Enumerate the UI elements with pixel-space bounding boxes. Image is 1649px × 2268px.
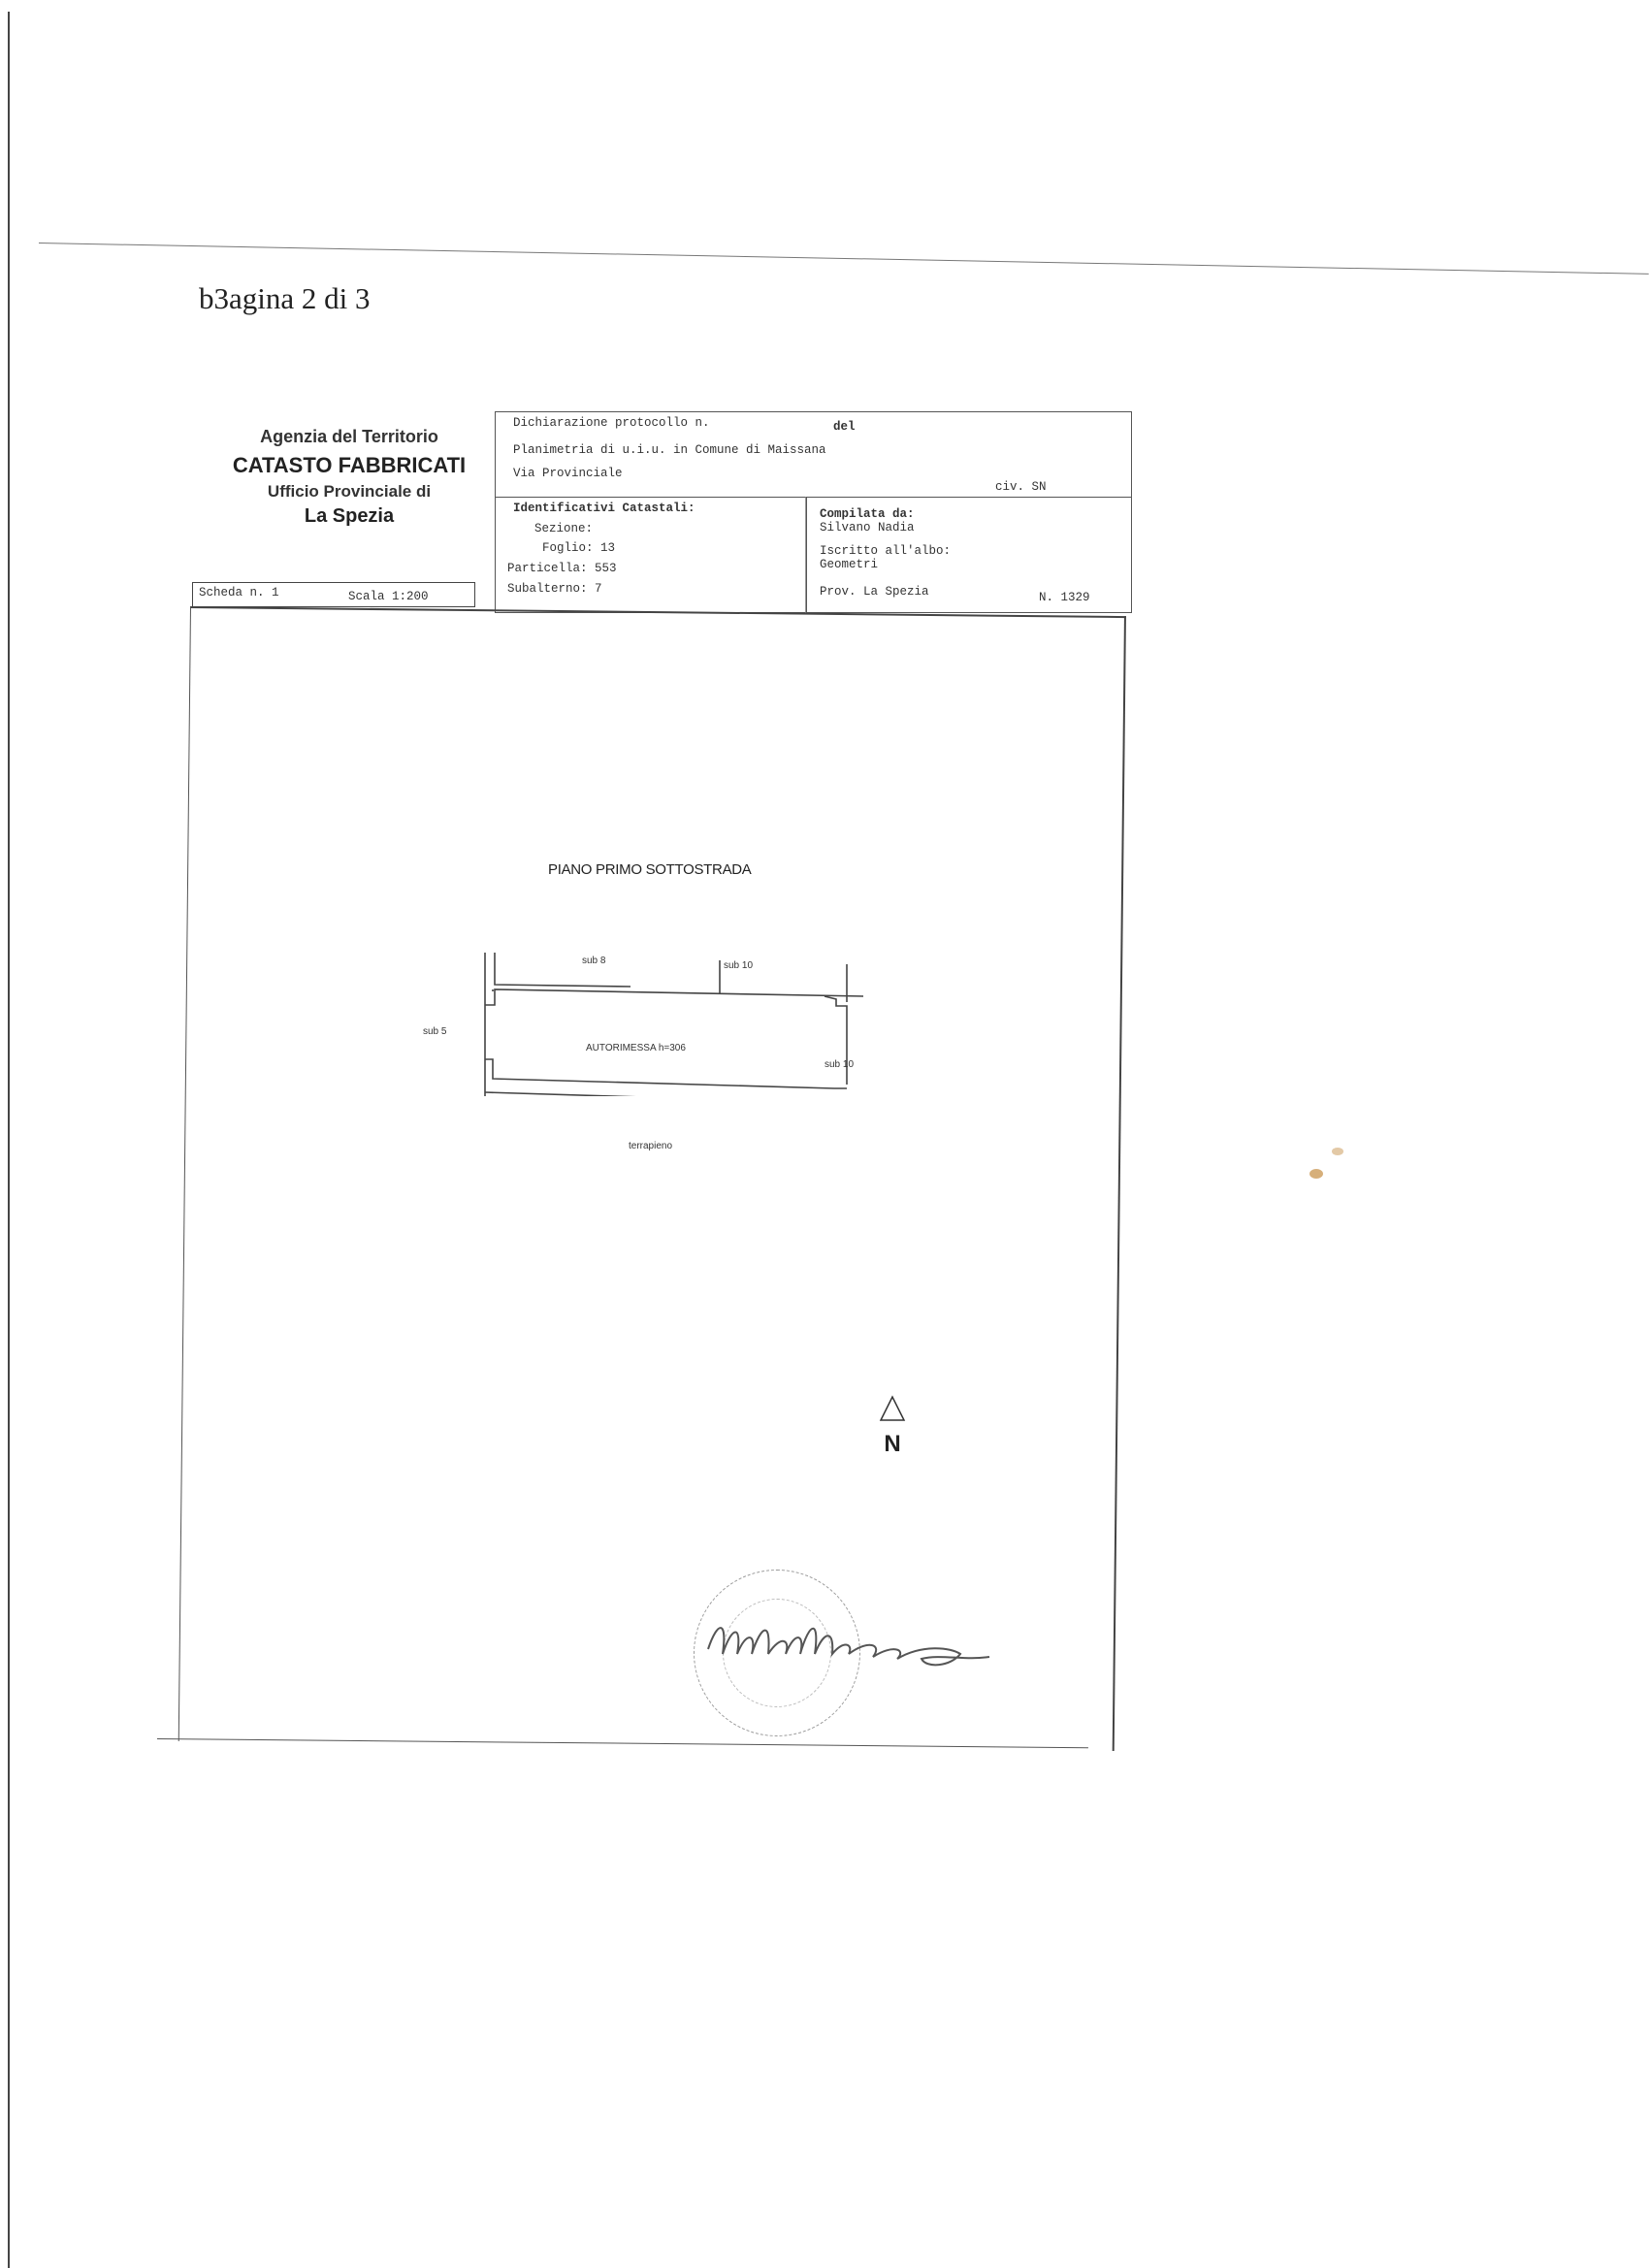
del-label: del [833,420,856,434]
planimetria-label: Planimetria di u.i.u. in Comune di Maiss… [513,443,826,457]
signature [698,1601,1028,1688]
neighbor-left: sub 5 [423,1026,446,1037]
divider-line [39,243,1649,275]
page-label: b3agina 2 di 3 [199,281,371,316]
prov-label: Prov. La Spezia [820,585,929,599]
floor-plan [475,951,863,1096]
neighbor-right: sub 10 [824,1059,854,1070]
sezione-field: Sezione: [534,522,593,535]
floor-title: PIANO PRIMO SOTTOSTRADA [548,861,752,878]
paper-stain [1309,1169,1323,1179]
neighbor-top-left: sub 8 [582,956,605,966]
paper-stain [1332,1148,1343,1155]
agency-catasto: CATASTO FABBRICATI [209,453,490,478]
identificativi-title: Identificativi Catastali: [513,502,695,515]
agency-name: Agenzia del Territorio [209,427,490,447]
north-label: N [873,1431,912,1458]
neighbor-bottom: terrapieno [629,1141,672,1151]
scan-edge [8,12,10,2268]
subalterno-field: Subalterno: 7 [507,582,602,596]
dichiarazione-label: Dichiarazione protocollo n. [513,416,710,430]
north-arrow-icon [873,1395,912,1424]
agency-office: Ufficio Provinciale di [209,482,490,502]
iscritto-label: Iscritto all'albo: [820,544,951,558]
foglio-field: Foglio: 13 [542,541,615,555]
compilata-box: Compilata da: Silvano Nadia Iscritto all… [805,497,1132,613]
agency-header: Agenzia del Territorio CATASTO FABBRICAT… [209,427,490,528]
room-label: AUTORIMESSA h=306 [586,1043,686,1053]
scheda-number: Scheda n. 1 [199,586,279,599]
numero-albo: N. 1329 [1039,591,1090,604]
particella-field: Particella: 553 [507,562,617,575]
north-arrow: N [873,1395,912,1473]
drawing-frame [178,606,1126,1751]
civ-label: civ. SN [995,480,1047,494]
identificativi-box: Identificativi Catastali: Sezione: Fogli… [495,497,807,613]
compilata-label: Compilata da: [820,507,915,521]
agency-city: La Spezia [209,505,490,528]
neighbor-top-right: sub 10 [724,960,753,971]
scheda-box: Scheda n. 1 Scala 1:200 [192,582,475,607]
scala-label: Scala 1:200 [348,590,429,603]
via-label: Via Provinciale [513,467,623,480]
compilata-name: Silvano Nadia [820,521,915,535]
albo-value: Geometri [820,558,878,571]
